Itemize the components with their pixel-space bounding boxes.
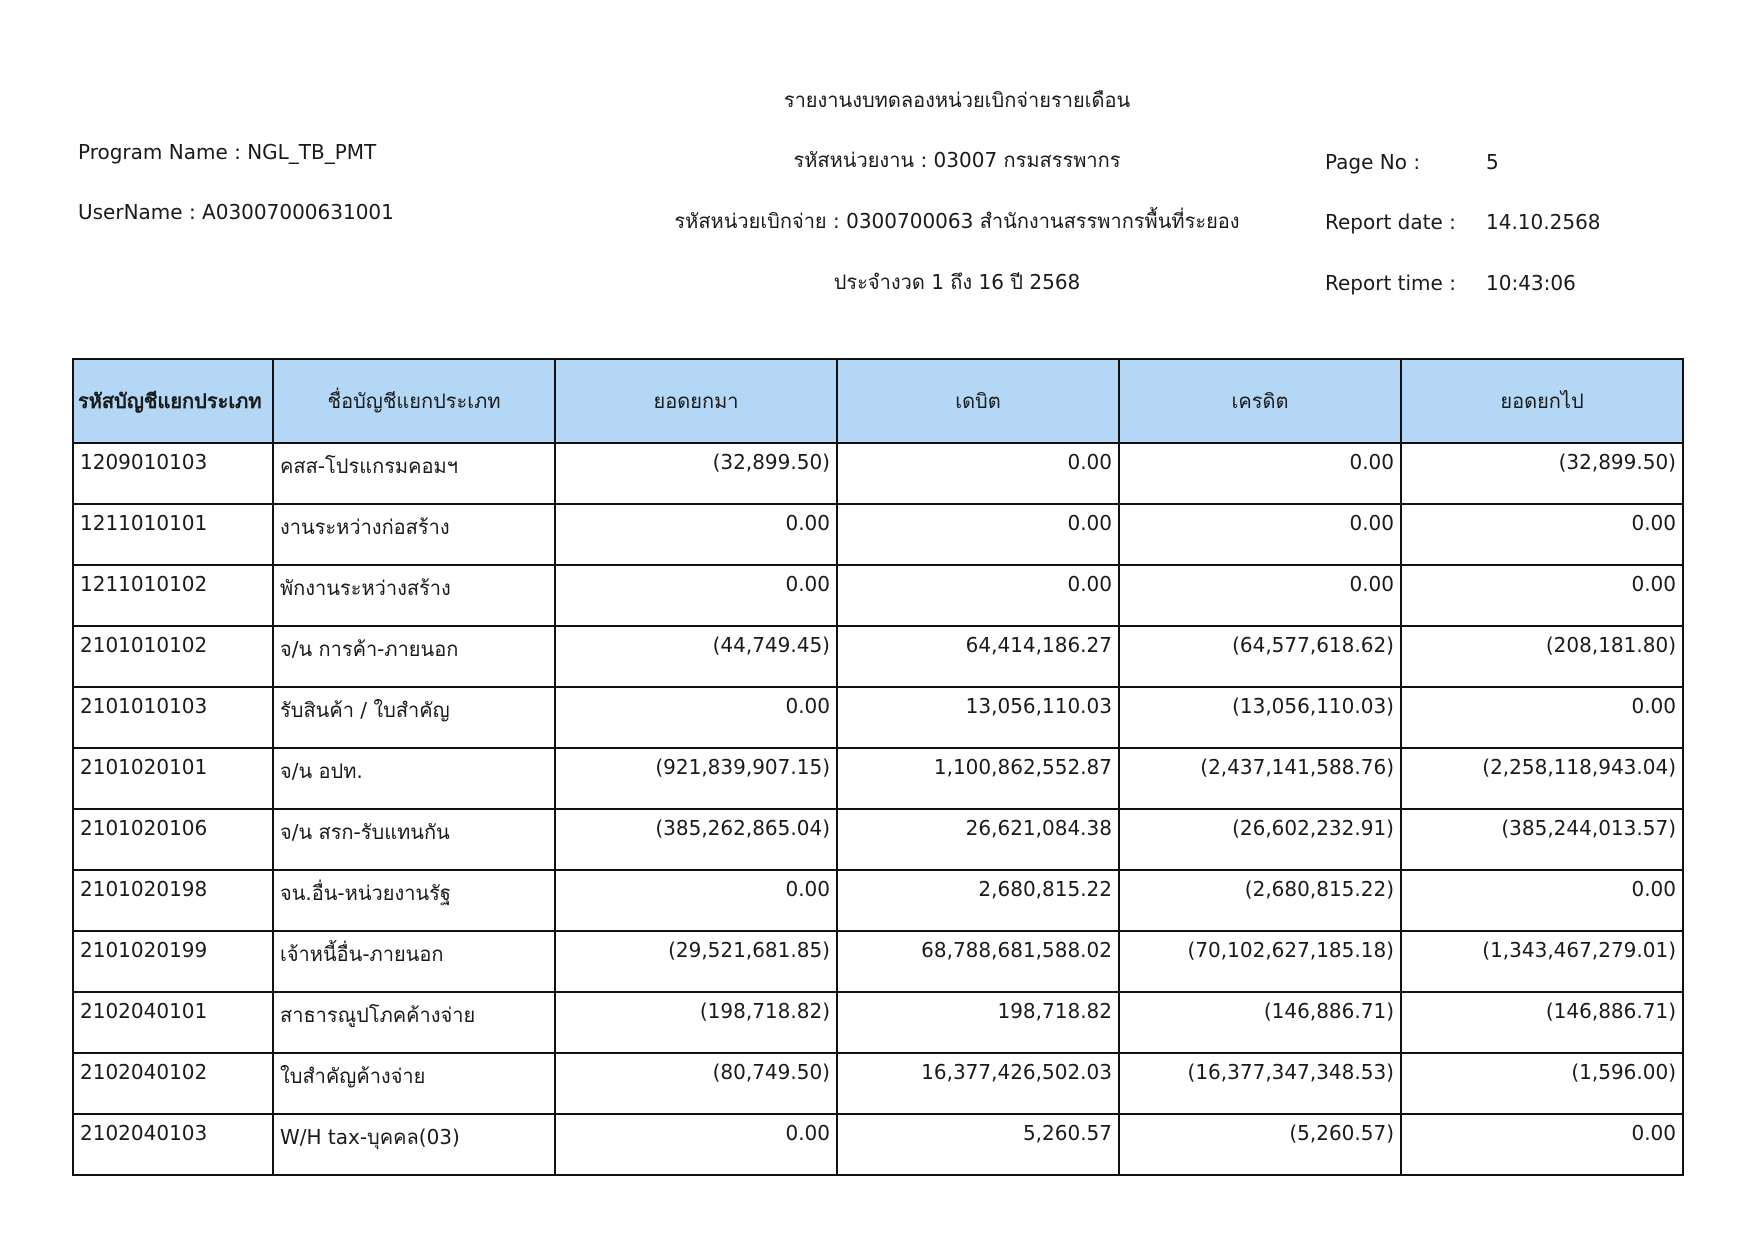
table-row: 1211010101งานระหว่างก่อสร้าง0.000.000.00… [73, 504, 1683, 565]
page-no-label: Page No : [1325, 150, 1420, 174]
cell-credit: 0.00 [1119, 504, 1401, 565]
cell-credit: (64,577,618.62) [1119, 626, 1401, 687]
cell-opening-balance: 0.00 [555, 504, 837, 565]
table-row: 2101020199เจ้าหนี้อื่น-ภายนอก(29,521,681… [73, 931, 1683, 992]
col-header-credit: เครดิต [1119, 359, 1401, 443]
cell-account-code: 2101020199 [73, 931, 273, 992]
cell-debit: 5,260.57 [837, 1114, 1119, 1175]
cell-account-code: 2101020101 [73, 748, 273, 809]
cell-account-name: W/H tax-บุคคล(03) [273, 1114, 555, 1175]
table-row: 2102040103W/H tax-บุคคล(03)0.005,260.57(… [73, 1114, 1683, 1175]
cell-account-name: พักงานระหว่างสร้าง [273, 565, 555, 626]
cell-credit: (16,377,347,348.53) [1119, 1053, 1401, 1114]
cell-account-code: 2102040102 [73, 1053, 273, 1114]
cell-debit: 13,056,110.03 [837, 687, 1119, 748]
cell-debit: 1,100,862,552.87 [837, 748, 1119, 809]
cell-opening-balance: (32,899.50) [555, 443, 837, 504]
report-date: 14.10.2568 [1486, 210, 1601, 234]
cell-opening-balance: 0.00 [555, 687, 837, 748]
cell-closing-balance: 0.00 [1401, 870, 1683, 931]
cell-account-code: 2101010103 [73, 687, 273, 748]
trial-balance-table: รหัสบัญชีแยกประเภท ชื่อบัญชีแยกประเภท ยอ… [72, 358, 1684, 1176]
cell-debit: 26,621,084.38 [837, 809, 1119, 870]
col-header-opening-balance: ยอดยกมา [555, 359, 837, 443]
table-row: 2101020106จ/น สรก-รับแทนกัน(385,262,865.… [73, 809, 1683, 870]
cell-opening-balance: 0.00 [555, 565, 837, 626]
cell-closing-balance: 0.00 [1401, 565, 1683, 626]
cell-debit: 198,718.82 [837, 992, 1119, 1053]
cell-closing-balance: 0.00 [1401, 504, 1683, 565]
cell-account-code: 2102040103 [73, 1114, 273, 1175]
cell-credit: (26,602,232.91) [1119, 809, 1401, 870]
program-name: Program Name : NGL_TB_PMT [78, 140, 376, 164]
cell-opening-balance: (921,839,907.15) [555, 748, 837, 809]
cell-account-name: งานระหว่างก่อสร้าง [273, 504, 555, 565]
col-header-debit: เดบิต [837, 359, 1119, 443]
cell-debit: 2,680,815.22 [837, 870, 1119, 931]
cell-opening-balance: 0.00 [555, 870, 837, 931]
cell-credit: (5,260.57) [1119, 1114, 1401, 1175]
cell-credit: (2,680,815.22) [1119, 870, 1401, 931]
cell-account-name: จ/น อปท. [273, 748, 555, 809]
table-body: 1209010103คสส-โปรแกรมคอมฯ(32,899.50)0.00… [73, 443, 1683, 1175]
page-no: 5 [1486, 150, 1499, 174]
cell-account-name: รับสินค้า / ใบสำคัญ [273, 687, 555, 748]
cell-credit: (2,437,141,588.76) [1119, 748, 1401, 809]
table-row: 2101010102จ/น การค้า-ภายนอก(44,749.45)64… [73, 626, 1683, 687]
cell-opening-balance: (80,749.50) [555, 1053, 837, 1114]
cell-account-name: จ/น การค้า-ภายนอก [273, 626, 555, 687]
report-title: รายงานงบทดลองหน่วยเบิกจ่ายรายเดือน [0, 84, 1754, 116]
cell-credit: (70,102,627,185.18) [1119, 931, 1401, 992]
cell-closing-balance: (146,886.71) [1401, 992, 1683, 1053]
cell-account-name: จ/น สรก-รับแทนกัน [273, 809, 555, 870]
table-header-row: รหัสบัญชีแยกประเภท ชื่อบัญชีแยกประเภท ยอ… [73, 359, 1683, 443]
col-header-account-name: ชื่อบัญชีแยกประเภท [273, 359, 555, 443]
table-row: 2102040101สาธารณูปโภคค้างจ่าย(198,718.82… [73, 992, 1683, 1053]
cell-account-code: 2101010102 [73, 626, 273, 687]
cell-closing-balance: (208,181.80) [1401, 626, 1683, 687]
report-time: 10:43:06 [1486, 271, 1576, 295]
table-row: 2102040102ใบสำคัญค้างจ่าย(80,749.50)16,3… [73, 1053, 1683, 1114]
table-row: 2101010103รับสินค้า / ใบสำคัญ0.0013,056,… [73, 687, 1683, 748]
cell-credit: (13,056,110.03) [1119, 687, 1401, 748]
table-row: 2101020198จน.อื่น-หน่วยงานรัฐ0.002,680,8… [73, 870, 1683, 931]
table-row: 1209010103คสส-โปรแกรมคอมฯ(32,899.50)0.00… [73, 443, 1683, 504]
col-header-closing-balance: ยอดยกไป [1401, 359, 1683, 443]
report-time-label: Report time : [1325, 271, 1456, 295]
cell-closing-balance: (2,258,118,943.04) [1401, 748, 1683, 809]
cell-credit: 0.00 [1119, 443, 1401, 504]
cell-account-code: 2102040101 [73, 992, 273, 1053]
cell-opening-balance: 0.00 [555, 1114, 837, 1175]
cell-closing-balance: (1,343,467,279.01) [1401, 931, 1683, 992]
cell-debit: 0.00 [837, 565, 1119, 626]
cell-account-name: เจ้าหนี้อื่น-ภายนอก [273, 931, 555, 992]
report-date-label: Report date : [1325, 210, 1456, 234]
cell-debit: 16,377,426,502.03 [837, 1053, 1119, 1114]
cell-account-name: ใบสำคัญค้างจ่าย [273, 1053, 555, 1114]
cell-account-code: 1211010101 [73, 504, 273, 565]
cell-closing-balance: (385,244,013.57) [1401, 809, 1683, 870]
cell-closing-balance: 0.00 [1401, 687, 1683, 748]
cell-closing-balance: (1,596.00) [1401, 1053, 1683, 1114]
table-row: 1211010102พักงานระหว่างสร้าง0.000.000.00… [73, 565, 1683, 626]
cell-closing-balance: (32,899.50) [1401, 443, 1683, 504]
cell-account-name: สาธารณูปโภคค้างจ่าย [273, 992, 555, 1053]
cell-debit: 68,788,681,588.02 [837, 931, 1119, 992]
table-row: 2101020101จ/น อปท.(921,839,907.15)1,100,… [73, 748, 1683, 809]
cell-account-name: คสส-โปรแกรมคอมฯ [273, 443, 555, 504]
cell-account-code: 1211010102 [73, 565, 273, 626]
cell-opening-balance: (385,262,865.04) [555, 809, 837, 870]
cell-closing-balance: 0.00 [1401, 1114, 1683, 1175]
cell-credit: 0.00 [1119, 565, 1401, 626]
cell-opening-balance: (44,749.45) [555, 626, 837, 687]
cell-account-code: 2101020106 [73, 809, 273, 870]
cell-account-name: จน.อื่น-หน่วยงานรัฐ [273, 870, 555, 931]
col-header-account-code: รหัสบัญชีแยกประเภท [73, 359, 273, 443]
cell-opening-balance: (29,521,681.85) [555, 931, 837, 992]
cell-credit: (146,886.71) [1119, 992, 1401, 1053]
cell-opening-balance: (198,718.82) [555, 992, 837, 1053]
cell-debit: 0.00 [837, 443, 1119, 504]
cell-account-code: 1209010103 [73, 443, 273, 504]
username: UserName : A03007000631001 [78, 200, 394, 224]
cell-debit: 0.00 [837, 504, 1119, 565]
cell-debit: 64,414,186.27 [837, 626, 1119, 687]
cell-account-code: 2101020198 [73, 870, 273, 931]
